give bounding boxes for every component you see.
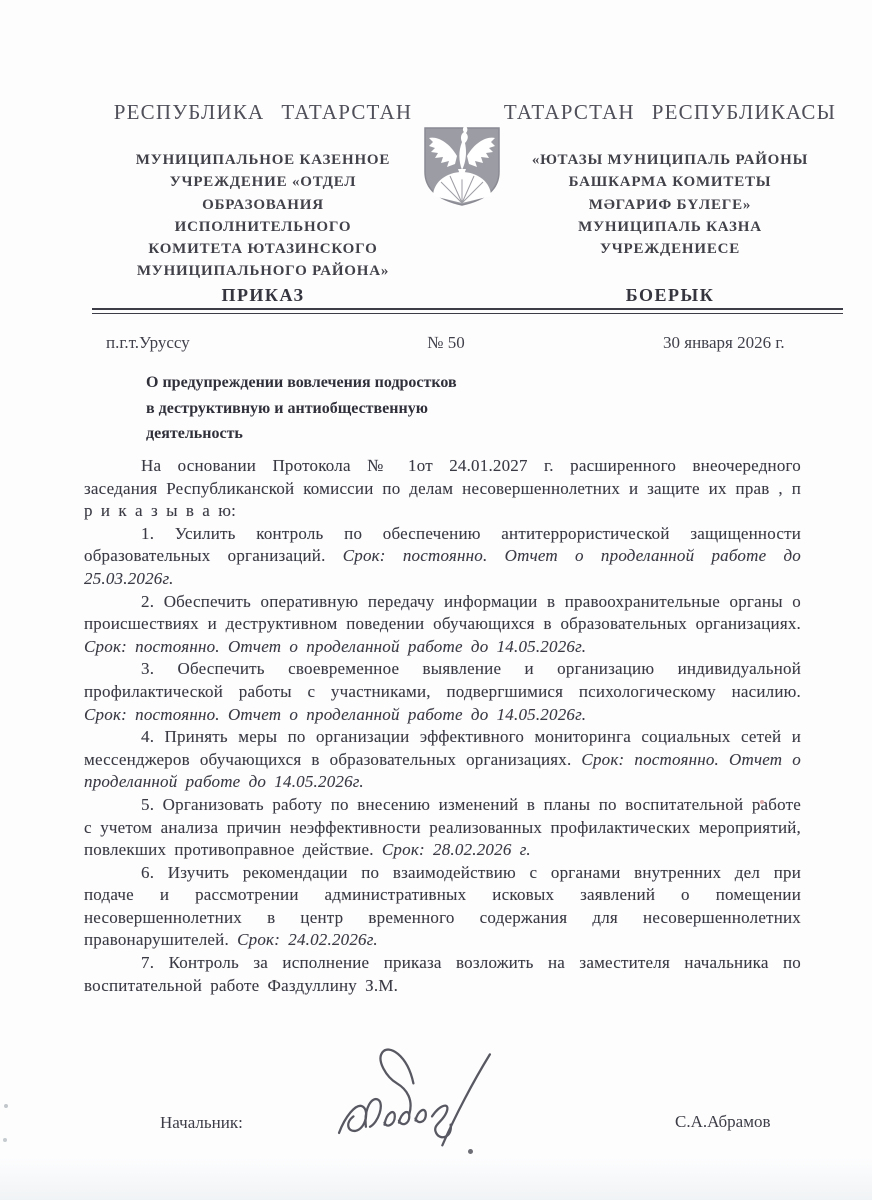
order-item-paragraph: 7. Контроль за исполнение приказа возлож… [84,952,801,997]
text-line: УЧРЕЖДЕНИЕСЕ [500,238,840,260]
text-line: МУНИЦИПАЛЬНОЕ КАЗЕННОЕ [85,149,441,171]
order-item-paragraph: 6. Изучить рекомендации по взаимодействи… [84,862,801,952]
text-line: МУНИЦИПАЛЬНОГО РАЙОНА» [85,260,441,282]
text-line: О предупреждении вовлечения подростков [146,370,486,396]
scan-artifact-dot [468,1149,473,1154]
place-label: п.г.т.Уруссу [106,333,190,353]
republic-name-tatar: ТАТАРСТАН РЕСПУБЛИКАСЫ [500,100,840,125]
order-item-paragraph: 1. Усилить контроль по обеспечению антит… [84,523,801,591]
order-item-text: 6. Изучить рекомендации по взаимодействи… [84,863,801,950]
scan-artifact-dot [760,800,764,804]
text-line: УЧРЕЖДЕНИЕ «ОТДЕЛ [85,171,441,193]
order-item-text: 3. Обеспечить своевременное выявление и … [84,659,801,701]
scan-artifact-dot [4,1104,8,1108]
order-item-paragraph: 2. Обеспечить оперативную передачу инфор… [84,591,801,659]
text-line: МУНИЦИПАЛЬ КАЗНА [500,216,840,238]
text-line: «ЮТАЗЫ МУНИЦИПАЛЬ РАЙОНЫ [500,149,840,171]
document-date: 30 января 2026 г. [663,333,785,353]
order-item-term: Срок: постоянно. Отчет о проделанной раб… [84,637,586,656]
order-item-paragraph: 3. Обеспечить своевременное выявление и … [84,658,801,726]
intro-paragraph: На основании Протокола № 1от 24.01.2027 … [84,455,801,523]
doc-type-label-ru: ПРИКАЗ [85,285,441,306]
order-item-paragraph: 4. Принять меры по организации эффективн… [84,726,801,794]
doc-type-label-tat: БОЕРЫК [500,285,840,306]
order-item-term: Срок: 24.02.2026г. [229,930,378,949]
coat-of-arms-icon [420,124,504,208]
header-divider-rule [92,308,843,314]
organization-name-tatar: «ЮТАЗЫ МУНИЦИПАЛЬ РАЙОНЫБАШКАРМА КОМИТЕТ… [500,149,840,260]
subject-title: О предупреждении вовлечения подростковв … [146,370,486,447]
text-line: ИСПОЛНИТЕЛЬНОГО [85,216,441,238]
republic-name-russian: РЕСПУБЛИКА ТАТАРСТАН [85,100,441,125]
order-item-text: 2. Обеспечить оперативную передачу инфор… [84,592,801,634]
organization-name-russian: МУНИЦИПАЛЬНОЕ КАЗЕННОЕУЧРЕЖДЕНИЕ «ОТДЕЛО… [85,149,441,283]
order-item-term: Срок: постоянно. Отчет о проделанной раб… [84,705,586,724]
text-line: деятельность [146,421,486,447]
scan-artifact-dot [3,1138,7,1142]
text-line: БАШКАРМА КОМИТЕТЫ [500,171,840,193]
text-line: МӘГАРИФ БҮЛЕГЕ» [500,194,840,216]
body-paragraphs: На основании Протокола № 1от 24.01.2027 … [84,455,801,997]
order-item-text: 7. Контроль за исполнение приказа возлож… [84,953,801,995]
handwritten-signature [330,1042,502,1166]
signer-position-label: Начальник: [160,1113,243,1133]
document-number: № 50 [405,333,487,353]
text-line: в деструктивную и антиобщественную [146,396,486,422]
text-line: КОМИТЕТА ЮТАЗИНСКОГО [85,238,441,260]
scanned-order-document: РЕСПУБЛИКА ТАТАРСТАН ТАТАРСТАН РЕСПУБЛИК… [0,0,872,1200]
text-line: ОБРАЗОВАНИЯ [85,194,441,216]
signer-name: С.А.Абрамов [675,1112,771,1132]
order-item-term: Срок: 28.02.2026 г. [374,840,531,859]
order-item-paragraph: 5. Организовать работу по внесению измен… [84,794,801,862]
